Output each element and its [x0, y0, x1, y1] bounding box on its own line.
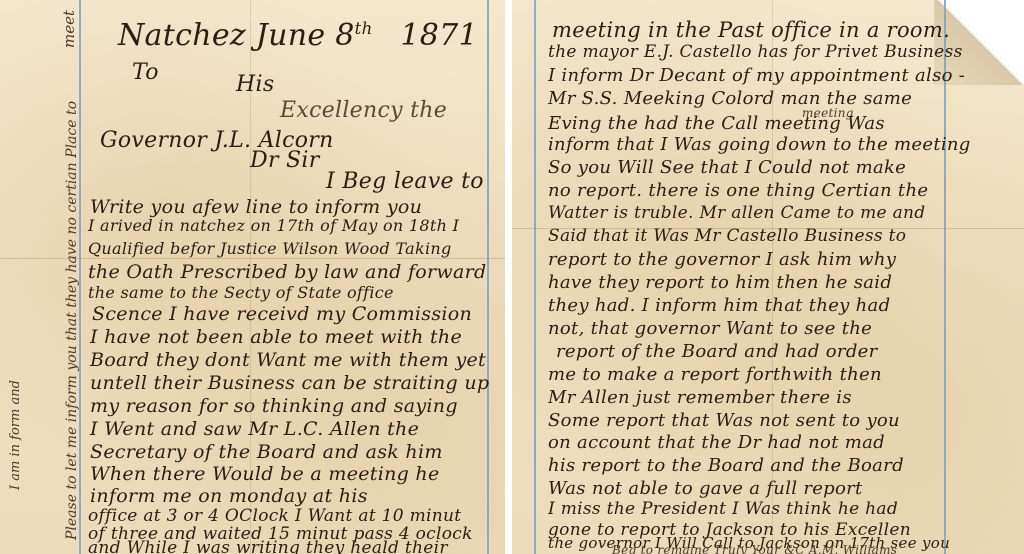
letter-line: have they report to him then he said: [548, 272, 892, 293]
letter-line: Some report that Was not sent to you: [548, 410, 900, 431]
letter-line: Was not able to gave a full report: [548, 478, 863, 499]
margin-note: I am in form and: [8, 380, 23, 490]
letter-line: When there Would be a meeting he: [90, 463, 440, 485]
letter-line: Board they dont Want me with them yet: [90, 349, 486, 371]
letter-closing: Beg to remaine Truly Your &C A.M. Willia…: [612, 543, 897, 554]
letter-line: his report to the Board and the Board: [548, 455, 904, 476]
letter-line: I miss the President I Was think he had: [548, 499, 898, 519]
letter-line: office at 3 or 4 OClock I Want at 10 min…: [88, 506, 461, 526]
letter-line: So you Will See that I Could not make: [548, 157, 906, 178]
letter-date: Natchez June 8th 1871: [118, 18, 478, 53]
letter-line: on account that the Dr had not mad: [548, 432, 885, 453]
letter-page-left: meet Please to let me inform you that th…: [0, 0, 505, 554]
letter-line: report to the governor I ask him why: [548, 249, 896, 270]
letter-line: Eving the had the Call meeting Was: [548, 113, 885, 134]
letter-line: Said that it Was Mr Castello Business to: [548, 226, 906, 246]
letter-line: I have not been able to meet with the: [90, 326, 462, 348]
letter-line: Write you afew line to inform you: [90, 196, 422, 218]
letter-line: inform that I Was going down to the meet…: [548, 134, 971, 155]
letter-line: inform me on monday at his: [90, 485, 368, 507]
letter-line: Secretary of the Board and ask him: [90, 441, 443, 463]
letter-line: I Went and saw Mr L.C. Allen the: [90, 418, 419, 440]
margin-rule-left: [534, 0, 536, 554]
letter-line: Scence I have receivd my Commission: [92, 303, 472, 325]
salutation: Dr Sir: [250, 148, 320, 173]
letter-line: no report. there is one thing Certian th…: [548, 180, 928, 201]
letter-line: they had. I inform him that they had: [548, 295, 890, 316]
letter-excellency: Excellency the: [280, 98, 447, 123]
letter-line: Mr S.S. Meeking Colord man the same: [548, 88, 912, 109]
letter-line: Watter is truble. Mr allen Came to me an…: [548, 203, 925, 223]
letter-line: my reason for so thinking and saying: [90, 395, 458, 417]
letter-line: meeting in the Past office in a room.: [552, 18, 950, 42]
letter-line: the Oath Prescribed by law and forward: [88, 261, 486, 283]
letter-line: I arived in natchez on 17th of May on 18…: [88, 216, 459, 235]
letter-line: I inform Dr Decant of my appointment als…: [548, 65, 965, 86]
letter-line: Qualified befor Justice Wilson Wood Taki…: [88, 239, 452, 258]
letter-line: untell their Business can be straiting u…: [90, 372, 489, 394]
letter-to: To: [132, 60, 159, 85]
letter-line: me to make a report forthwith then: [548, 364, 882, 385]
letter-his: His: [236, 72, 274, 97]
letter-line: not, that governor Want to see the: [548, 318, 872, 339]
letter-line: and While I was writing they heald their: [88, 538, 448, 554]
letter-line: report of the Board and had order: [556, 341, 878, 362]
margin-rule-right: [487, 0, 489, 554]
letter-line: I Beg leave to: [326, 169, 484, 194]
letter-line: the same to the Secty of State office: [88, 283, 394, 302]
margin-note: meet: [60, 10, 78, 48]
letter-line: the mayor E.J. Castello has for Privet B…: [548, 42, 963, 62]
letter-page-right: meeting in the Past office in a room. th…: [512, 0, 1024, 554]
margin-note: Please to let me inform you that they ha…: [64, 101, 80, 540]
letter-line: Mr Allen just remember there is: [548, 387, 852, 408]
